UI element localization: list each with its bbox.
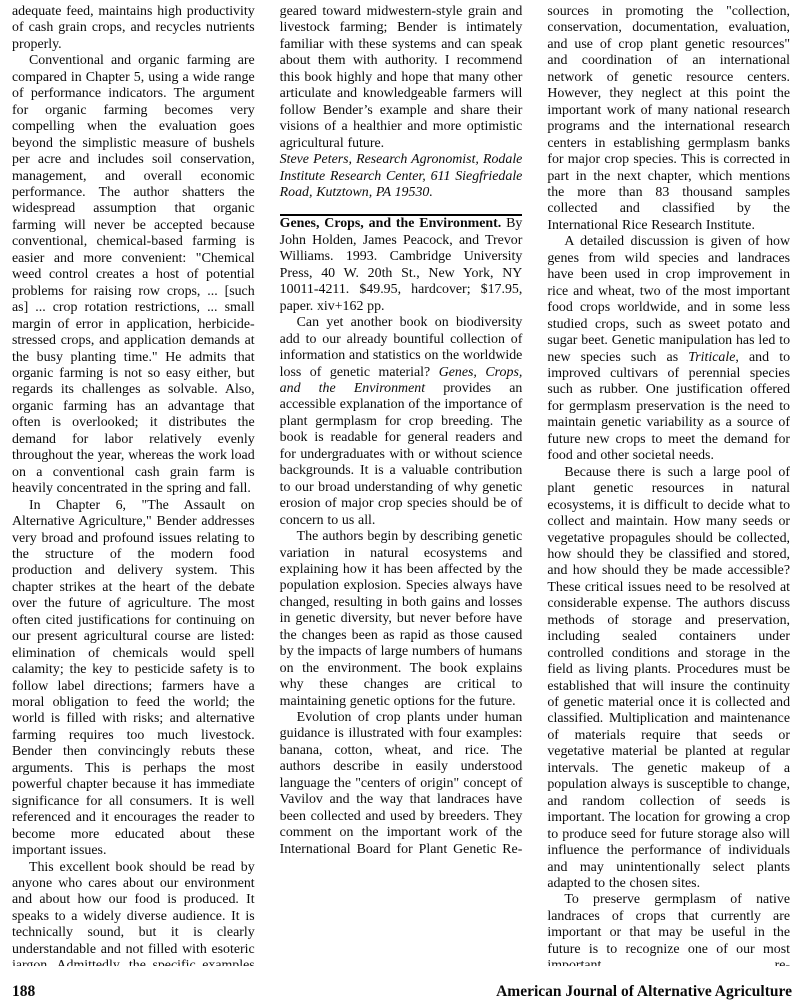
text-segment: provides an accessible explanation of th… [280, 381, 523, 528]
journal-title: American Journal of Alternative Agricult… [496, 983, 792, 1001]
text-segment: geared toward midwestern-style grain and… [280, 4, 523, 151]
column-middle: geared toward midwestern-style grain and… [280, 4, 523, 966]
page-footer: 188 American Journal of Alternative Agri… [12, 983, 792, 1001]
journal-page: adequate feed, maintains high productivi… [0, 0, 800, 1006]
paragraph: A detailed discussion is given of how ge… [547, 234, 790, 464]
text-segment: Conventional and organic farming are com… [12, 53, 255, 496]
signature: Steve Peters, Research Agronomist, Rodal… [280, 152, 523, 201]
paragraph: Evolution of crop plants under human gui… [280, 710, 523, 858]
paragraph: In Chapter 6, "The Assault on Alternativ… [12, 498, 255, 860]
column-right: sources in promoting the "collection, co… [547, 4, 790, 966]
text-segment: adequate feed, maintains high productivi… [12, 4, 255, 52]
text-segment: The authors begin by describing genetic … [280, 529, 523, 709]
text-columns: adequate feed, maintains high productivi… [12, 4, 790, 966]
paragraph: The authors begin by describing genetic … [280, 529, 523, 710]
text-segment: Evolution of crop plants under human gui… [280, 710, 523, 857]
paragraph: adequate feed, maintains high productivi… [12, 4, 255, 53]
text-segment: Steve Peters, Research Agronomist, Rodal… [280, 152, 523, 200]
paragraph: Conventional and organic farming are com… [12, 53, 255, 497]
text-segment: Because there is such a large pool of pl… [547, 465, 790, 891]
text-segment: , and to improved cultivars of perennial… [547, 350, 790, 464]
text-segment: To preserve germplasm of native landrace… [547, 892, 790, 966]
paragraph: This excellent book should be read by an… [12, 860, 255, 966]
page-number: 188 [12, 983, 35, 1001]
paragraph: To preserve germplasm of native landrace… [547, 892, 790, 966]
paragraph: sources in promoting the "collection, co… [547, 4, 790, 234]
text-segment: In Chapter 6, "The Assault on Alternativ… [12, 498, 255, 859]
text-segment: This excellent book should be read by an… [12, 860, 255, 966]
text-segment: sources in promoting the "collection, co… [547, 4, 790, 233]
text-segment: A detailed discussion is given of how ge… [547, 234, 790, 364]
text-segment: Genes, Crops, and the Environment. [280, 216, 502, 231]
paragraph: Can yet another book on biodiversity add… [280, 315, 523, 529]
paragraph: Because there is such a large pool of pl… [547, 465, 790, 893]
column-left: adequate feed, maintains high productivi… [12, 4, 255, 966]
text-segment: Triticale [688, 350, 735, 365]
paragraph: geared toward midwestern-style grain and… [280, 4, 523, 152]
book-heading: Genes, Crops, and the Environment. By Jo… [280, 216, 523, 315]
